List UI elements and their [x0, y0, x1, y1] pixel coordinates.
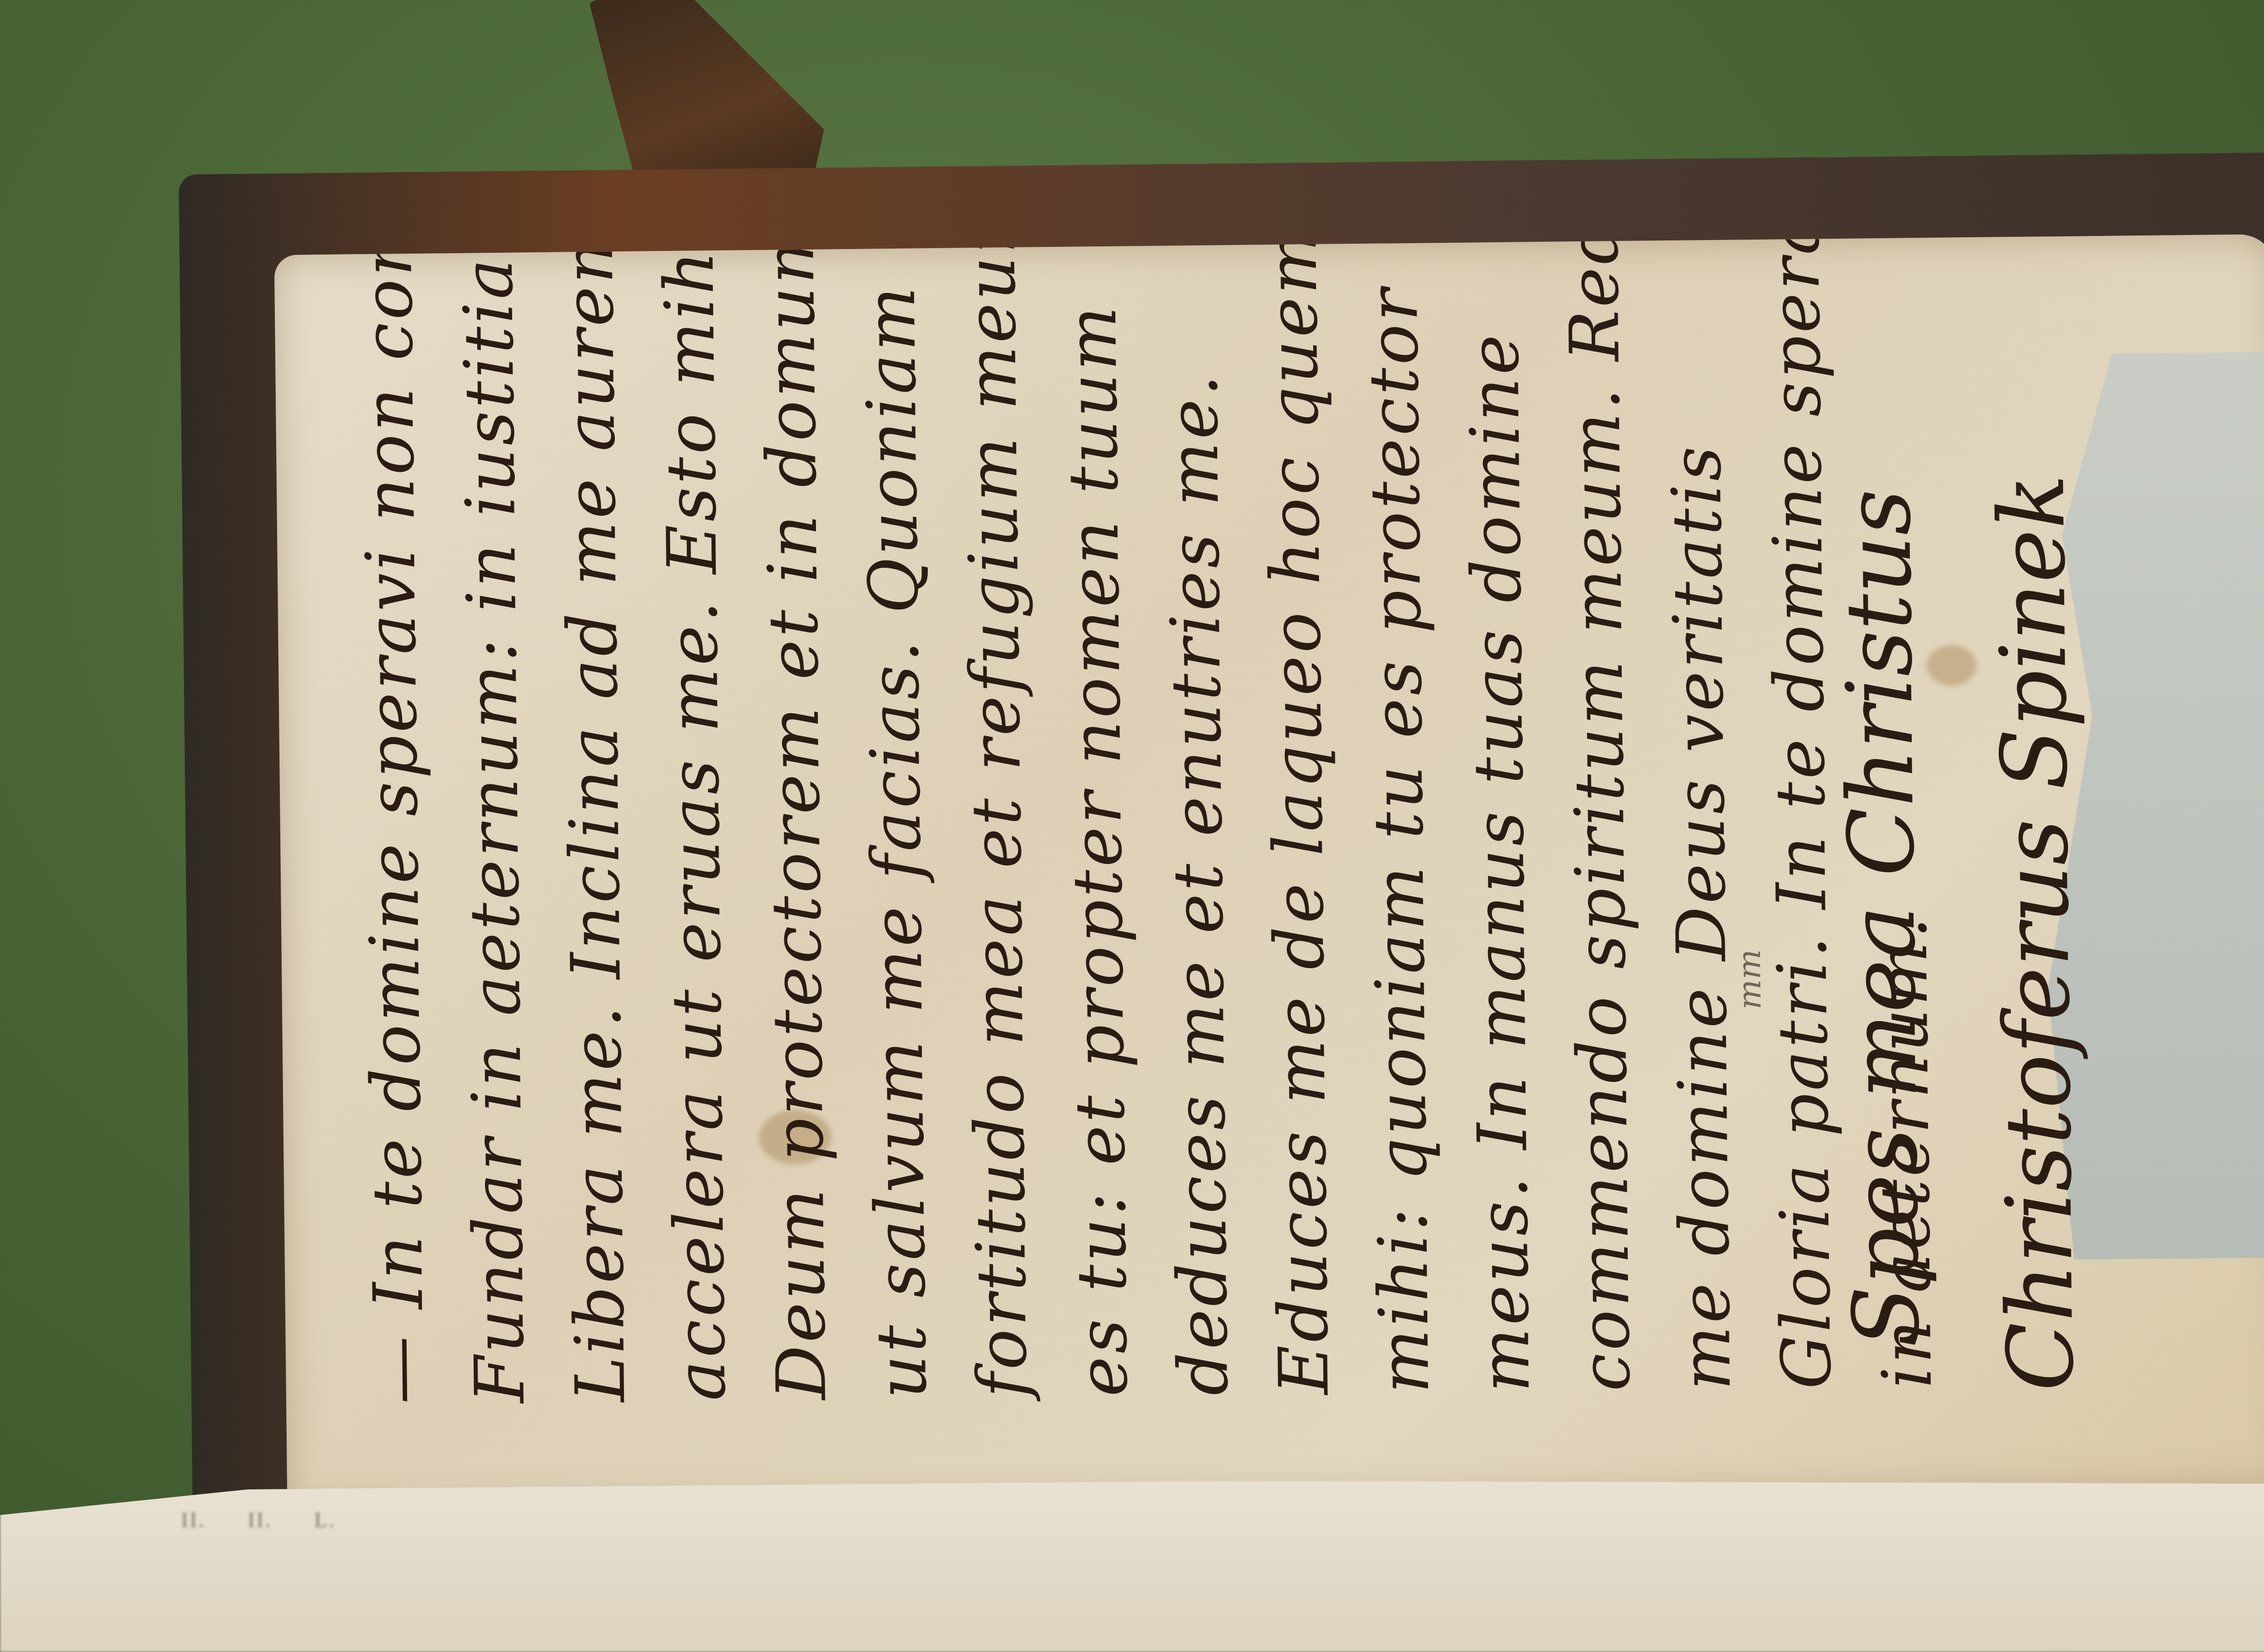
- manuscript-line: accelera ut eruas me. Esto mihi in: [638, 234, 752, 1402]
- manuscript-line: fortitudo mea et refugium meum: [940, 234, 1053, 1398]
- manuscript-line: me domine Deus veritatis: [1644, 234, 1757, 1391]
- manuscript-line: ut salvum me facias. Quoniam: [839, 234, 953, 1399]
- manuscript-line: mihi: quoniam tu es protector: [1342, 234, 1455, 1394]
- manuscript-line: — In te domine speravi non confundar in …: [337, 234, 450, 1405]
- printed-page: [0, 1481, 2264, 1652]
- manuscript-page: — In te domine speravi non confundar in …: [274, 234, 2264, 1509]
- printed-fragment: II.: [181, 1508, 206, 1532]
- manuscript-line: Deum protectorem et in domum refugii: [739, 234, 852, 1400]
- owner-signature: Christoferus Spinek: [1979, 474, 2094, 1392]
- printed-fragment: II.: [248, 1508, 272, 1532]
- marginal-note: mm: [1731, 949, 1768, 1010]
- handwritten-lines: — In te domine speravi non confundar in …: [337, 234, 1708, 1405]
- printed-fragment: L.: [314, 1508, 336, 1532]
- manuscript-line: Fundar in aeternum: in iustitia tua: [437, 234, 551, 1403]
- manuscript-line: commendo spiritum meum. Redemisti: [1543, 234, 1656, 1392]
- manuscript-line: es tu: et propter nomen tuum: [1041, 234, 1154, 1397]
- manuscript-line: meus. In manus tuas domine: [1443, 234, 1556, 1393]
- manuscript-line: Libera me. Inclina ad me aurem tuam: [538, 234, 651, 1402]
- printed-page-text: II. II. L.: [181, 1508, 1992, 1532]
- manuscript-line: Educes me de laqueo hoc quem absconderun…: [1242, 234, 1355, 1395]
- manuscript-line: deduces me et enutries me.: [1141, 234, 1254, 1396]
- motto-signature: Spes mea Christus: [1825, 489, 1940, 1349]
